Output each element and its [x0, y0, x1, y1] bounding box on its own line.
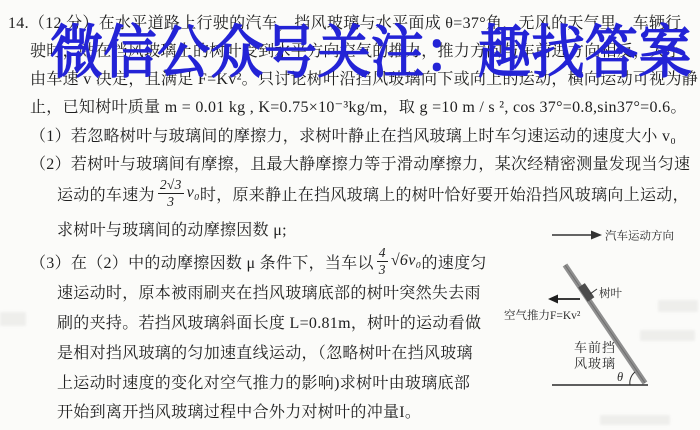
windshield-label-line1: 车前挡 [574, 340, 616, 355]
q3-text-pre: （3）在（2）中的动摩擦因数 μ 条件下，当车以 [30, 250, 374, 273]
car-direction-arrow-icon [552, 231, 602, 240]
angle-label: θ [617, 370, 623, 384]
car-direction-label: 汽车运动方向 [605, 229, 674, 243]
windshield-figure: 汽车运动方向 θ 树叶 空气推力F=Kv² 车前挡 风玻璃 [490, 225, 700, 430]
leaf-leader-line [590, 289, 597, 294]
question-3-line-5: 上运动时速度的变化对空气推力的影响)求树叶由玻璃底部 [57, 370, 470, 393]
bleed-through-artifact [658, 300, 698, 312]
angle-arc [630, 372, 635, 385]
bleed-through-artifact [600, 415, 670, 425]
question-3-line-3: 刷的夹持。若挡风玻璃斜面长度 L=0.81m，树叶的运动看做 [57, 310, 481, 333]
question-2-line-1: （2）若树叶与玻璃间有摩擦，且最大静摩擦力等于滑动摩擦力，某次经精密测量发现当匀… [30, 151, 690, 174]
question-3-line-2: 速运动时，原本被雨刷夹在挡风玻璃底部的树叶突然失去雨 [57, 280, 481, 303]
q2-fraction: 2√3 3 [158, 177, 184, 209]
leaf-label: 树叶 [599, 286, 622, 300]
q3-text-post: 的速度匀 [422, 250, 487, 273]
question-3-line-4: 是相对挡风玻璃的匀加速直线运动，（忽略树叶在挡风玻璃 [57, 340, 473, 363]
push-force-label: 空气推力F=Kv² [504, 308, 581, 322]
q2-fraction-numerator: 2√3 [158, 177, 184, 194]
question-3-line-6: 开始到离开挡风玻璃过程中合外力对树叶的冲量I。 [57, 399, 421, 422]
q3-fraction: 4 3 [377, 245, 388, 277]
q3-fraction-numerator: 4 [377, 245, 388, 262]
q2-text-post: 时，原来静止在挡风玻璃上的树叶恰好要开始沿挡风玻璃向上运动， [200, 182, 689, 205]
watermark: 微信公众号关注：趣找答案 [50, 7, 692, 89]
problem-line-4: 止，已知树叶质量 m = 0.01 kg , K=0.75×10⁻³kg/m，取… [30, 94, 687, 117]
bleed-through-artifact [640, 330, 695, 341]
q2-text-pre: 运动的车速为 [57, 182, 155, 205]
q3-fraction-denominator: 3 [377, 262, 388, 278]
question-2-line-2: 运动的车速为 2√3 3 v₀ 时，原来静止在挡风玻璃上的树叶恰好要开始沿挡风玻… [57, 177, 689, 209]
q3-fraction-suffix: √6v₀ [391, 252, 422, 270]
bleed-through-artifact [0, 312, 26, 326]
push-force-arrow-icon [548, 295, 580, 304]
question-3-line-1: （3）在（2）中的动摩擦因数 μ 条件下，当车以 4 3 √6v₀ 的速度匀 [30, 245, 487, 277]
q2-fraction-suffix: v₀ [187, 184, 200, 202]
question-1: （1）若忽略树叶与玻璃间的摩擦力，求树叶静止在挡风玻璃上时车匀速运动的速度大小 … [30, 123, 676, 146]
q2-fraction-denominator: 3 [165, 194, 176, 210]
windshield-label-line2: 风玻璃 [574, 356, 616, 371]
question-2-line-3: 求树叶与玻璃间的动摩擦因数 μ; [57, 217, 287, 240]
